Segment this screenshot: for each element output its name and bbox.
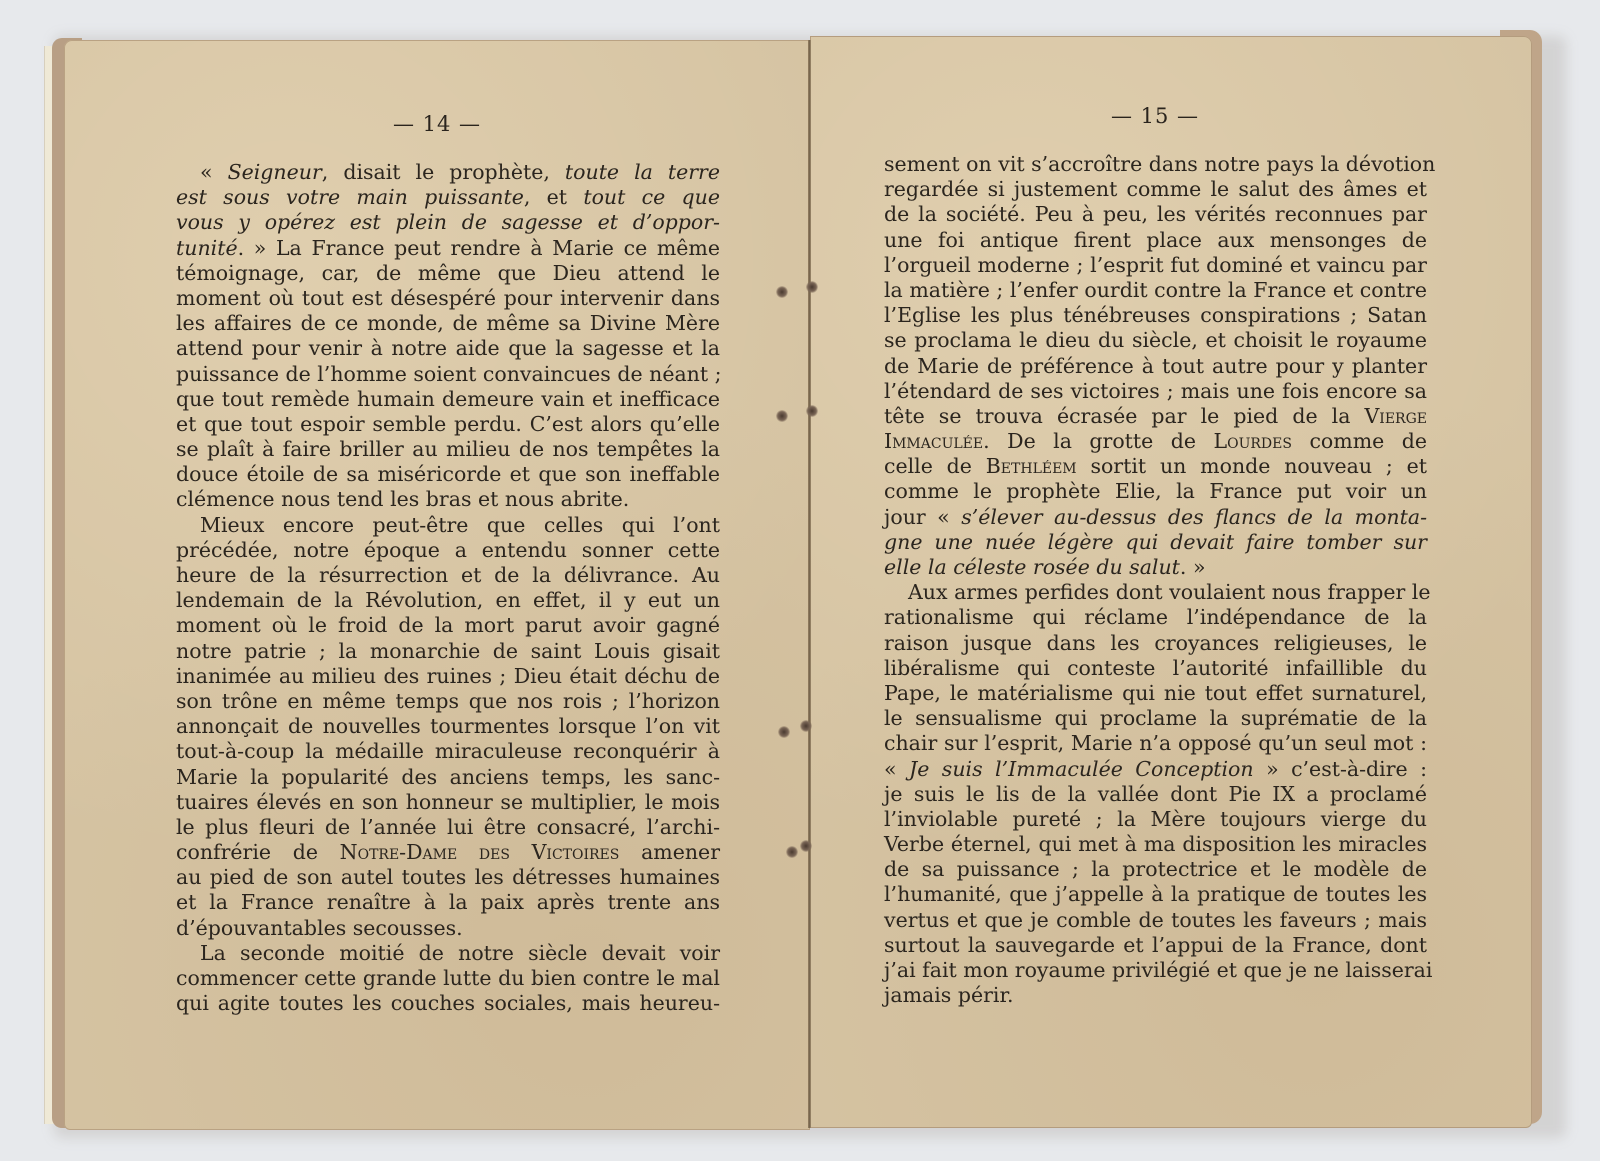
small-caps-text: Bethléem <box>986 454 1077 478</box>
text-line: regardée si justement comme le salut des… <box>884 177 1427 202</box>
text-segment: le plus fleuri de l’année lui être consa… <box>176 815 720 839</box>
text-segment: se plaît à faire briller au milieu de no… <box>176 437 720 461</box>
text-line: Pape, le matérialisme qui nie tout effet… <box>884 681 1427 706</box>
text-segment: les affaires de ce monde, de même sa Div… <box>176 311 720 335</box>
text-segment: comme de <box>1292 429 1427 453</box>
text-segment: l’humanité, que j’appelle à la pratique … <box>884 882 1427 906</box>
text-segment: tuaires élevés en son honneur se multipl… <box>176 790 720 814</box>
binding-hole-stain <box>786 846 798 858</box>
text-segment: puissance de l’homme soient convaincues … <box>176 362 722 386</box>
text-line: douce étoile de sa miséricorde et que so… <box>176 462 720 487</box>
text-segment: celle de <box>884 454 986 478</box>
page-number-right: — 15 — <box>1055 104 1255 128</box>
text-segment: sement on vit s’accroître dans notre pay… <box>884 152 1435 176</box>
text-segment: Mieux encore peut-être que celles qui l’… <box>200 513 720 537</box>
text-line: que tout remède humain demeure vain et i… <box>176 387 720 412</box>
binding-hole-stain <box>776 286 788 298</box>
text-line: une foi antique firent place aux mensong… <box>884 228 1427 253</box>
text-segment: de Marie de préférence à tout autre pour… <box>884 354 1427 378</box>
text-line: et que tout espoir semble perdu. C’est a… <box>176 412 720 437</box>
text-segment: « <box>884 757 909 781</box>
text-segment: précédée, notre époque a entendu sonner … <box>176 538 720 562</box>
text-segment: témoignage, car, de même que Dieu attend… <box>176 261 720 285</box>
text-line: La seconde moitié de notre siècle devait… <box>176 941 720 966</box>
text-segment: raison jusque dans les croyances religie… <box>884 631 1427 655</box>
small-caps-text: Lourdes <box>1214 429 1292 453</box>
text-line: et la France renaître à la paix après tr… <box>176 890 720 915</box>
text-line: est sous votre main puissante, et tout c… <box>176 185 720 210</box>
text-line: puissance de l’homme soient convaincues … <box>176 362 720 387</box>
text-segment: chair sur l’esprit, Marie n’a opposé qu’… <box>884 731 1427 755</box>
text-segment: Marie la popularité des anciens temps, l… <box>176 765 720 789</box>
text-line: comme le prophète Elie, la France put vo… <box>884 479 1427 504</box>
right-page: — 15 — sement on vit s’accroître dans no… <box>810 36 1532 1128</box>
text-line: l’inviolable pureté ; la Mère toujours v… <box>884 807 1427 832</box>
text-line: Mieux encore peut-être que celles qui l’… <box>176 513 720 538</box>
text-segment: Aux armes perfides dont voulaient nous f… <box>908 580 1430 604</box>
text-segment: vertus et que je comble de toutes les fa… <box>884 908 1427 932</box>
text-segment: notre patrie ; la monarchie de saint Lou… <box>176 639 720 663</box>
text-line: rationalisme qui réclame l’indépendance … <box>884 605 1427 630</box>
text-segment: de la société. Peu à peu, les vérités re… <box>884 202 1427 226</box>
text-segment: lendemain de la Révolution, en effet, il… <box>176 588 720 612</box>
binding-hole-stain <box>800 720 812 732</box>
text-segment: au pied de son autel toutes les détresse… <box>176 865 720 889</box>
italic-text: s’élever au-dessus des flancs de la mont… <box>961 505 1427 529</box>
text-segment: . » <box>1180 555 1206 579</box>
text-line: la matière ; l’enfer ourdit contre la Fr… <box>884 278 1427 303</box>
text-line: tête se trouva écrasée par le pied de la… <box>884 404 1427 429</box>
text-segment: qui agite toutes les couches sociales, m… <box>176 991 720 1015</box>
text-segment: inanimée au milieu des ruines ; Dieu éta… <box>176 664 720 688</box>
text-line: se plaît à faire briller au milieu de no… <box>176 437 720 462</box>
text-segment: tête se trouva écrasée par le pied de la <box>884 404 1365 428</box>
text-segment: jour « <box>884 505 961 529</box>
text-line: attend pour venir à notre aide que la sa… <box>176 336 720 361</box>
text-line: l’humanité, que j’appelle à la pratique … <box>884 882 1427 907</box>
text-segment: son trône en même temps que nos rois ; l… <box>176 689 720 713</box>
text-line: vous y opérez est plein de sagesse et d’… <box>176 210 720 235</box>
text-segment: » c’est-à-dire : <box>1254 757 1427 781</box>
text-line: j’ai fait mon royaume privilégié et que … <box>884 958 1427 983</box>
text-segment: moment où le froid de la mort parut avoi… <box>176 613 720 637</box>
text-segment: et que tout espoir semble perdu. C’est a… <box>176 412 720 436</box>
text-line: moment où tout est désespéré pour interv… <box>176 286 720 311</box>
binding-hole-stain <box>806 405 818 417</box>
text-line: Immaculée. De la grotte de Lourdes comme… <box>884 429 1427 454</box>
text-line: l’Eglise les plus ténébreuses conspirati… <box>884 303 1427 328</box>
text-line: raison jusque dans les croyances religie… <box>884 631 1427 656</box>
text-segment: . De la grotte de <box>983 429 1213 453</box>
text-line: confrérie de Notre-Dame des Victoires am… <box>176 840 720 865</box>
text-line: gne une nuée légère qui devait faire tom… <box>884 530 1427 555</box>
text-segment: « <box>200 160 228 184</box>
text-line: d’épouvantables secousses. <box>176 916 720 941</box>
text-line: tuaires élevés en son honneur se multipl… <box>176 790 720 815</box>
text-segment: moment où tout est désespéré pour interv… <box>176 286 720 310</box>
text-line: au pied de son autel toutes les détresse… <box>176 865 720 890</box>
text-segment: sortit un monde nouveau ; et <box>1077 454 1427 478</box>
binding-hole-stain <box>778 726 790 738</box>
text-segment: l’inviolable pureté ; la Mère toujours v… <box>884 807 1427 831</box>
text-line: Aux armes perfides dont voulaient nous f… <box>884 580 1427 605</box>
binding-hole-stain <box>776 410 788 422</box>
text-line: de Marie de préférence à tout autre pour… <box>884 354 1427 379</box>
text-line: « Je suis l’Immaculée Conception » c’est… <box>884 757 1427 782</box>
text-segment: attend pour venir à notre aide que la sa… <box>176 336 720 360</box>
small-caps-text: Notre-Dame des Victoires <box>340 840 620 864</box>
text-line: l’orgueil moderne ; l’esprit fut dominé … <box>884 253 1427 278</box>
text-segment: annonçait de nouvelles tourmentes lorsqu… <box>176 714 720 738</box>
text-line: tunité. » La France peut rendre à Marie … <box>176 236 720 261</box>
text-line: clémence nous tend les bras et nous abri… <box>176 487 720 512</box>
text-segment: tout-à-coup la médaille miraculeuse reco… <box>176 739 720 763</box>
text-line: « Seigneur, disait le prophète, toute la… <box>176 160 720 185</box>
italic-text: vous y opérez est plein de sagesse et d’… <box>176 210 720 234</box>
text-segment: la matière ; l’enfer ourdit contre la Fr… <box>884 278 1427 302</box>
text-line: sement on vit s’accroître dans notre pay… <box>884 152 1427 177</box>
text-segment: et la France renaître à la paix après tr… <box>176 890 720 914</box>
text-line: heure de la résurrection et de la délivr… <box>176 563 720 588</box>
small-caps-text: Vierge <box>1365 404 1428 428</box>
text-segment: heure de la résurrection et de la délivr… <box>176 563 720 587</box>
text-line: se proclama le dieu du siècle, et choisi… <box>884 328 1427 353</box>
binding-hole-stain <box>800 840 812 852</box>
text-segment: confrérie de <box>176 840 340 864</box>
text-segment: d’épouvantables secousses. <box>176 916 463 940</box>
text-line: elle la céleste rosée du salut. » <box>884 555 1427 580</box>
right-page-body-text: sement on vit s’accroître dans notre pay… <box>884 152 1427 1008</box>
text-segment: libéralisme qui conteste l’autorité infa… <box>884 656 1427 680</box>
text-segment: j’ai fait mon royaume privilégié et que … <box>884 958 1432 982</box>
left-page-body-text: « Seigneur, disait le prophète, toute la… <box>176 160 720 1016</box>
text-line: moment où le froid de la mort parut avoi… <box>176 613 720 638</box>
text-segment: La seconde moitié de notre siècle devait… <box>200 941 720 965</box>
text-line: celle de Bethléem sortit un monde nouvea… <box>884 454 1427 479</box>
small-caps-text: Immaculée <box>884 429 983 453</box>
text-segment: douce étoile de sa miséricorde et que so… <box>176 462 720 486</box>
text-line: précédée, notre époque a entendu sonner … <box>176 538 720 563</box>
text-line: inanimée au milieu des ruines ; Dieu éta… <box>176 664 720 689</box>
text-segment: clémence nous tend les bras et nous abri… <box>176 487 629 511</box>
italic-text: elle la céleste rosée du salut <box>884 555 1180 579</box>
text-segment: jamais périr. <box>884 983 1014 1007</box>
text-segment: commencer cette grande lutte du bien con… <box>176 966 720 990</box>
text-segment: je suis le lis de la vallée dont Pie IX … <box>884 782 1427 806</box>
text-segment: Verbe éternel, qui met à ma disposition … <box>884 832 1427 856</box>
text-line: son trône en même temps que nos rois ; l… <box>176 689 720 714</box>
text-line: de la société. Peu à peu, les vérités re… <box>884 202 1427 227</box>
italic-text: Je suis l’Immaculée Conception <box>909 757 1254 781</box>
text-segment: l’étendard de ses victoires ; mais une f… <box>884 379 1427 403</box>
text-line: le plus fleuri de l’année lui être consa… <box>176 815 720 840</box>
text-segment: , disait le prophète, <box>322 160 565 184</box>
text-line: notre patrie ; la monarchie de saint Lou… <box>176 639 720 664</box>
binding-hole-stain <box>806 281 818 293</box>
text-segment: l’Eglise les plus ténébreuses conspirati… <box>884 303 1427 327</box>
text-line: lendemain de la Révolution, en effet, il… <box>176 588 720 613</box>
text-line: qui agite toutes les couches sociales, m… <box>176 991 720 1016</box>
italic-text: tunité <box>176 236 238 260</box>
text-segment: de sa puissance ; la protectrice et le m… <box>884 857 1427 881</box>
italic-text: est sous votre main puissante <box>176 185 524 209</box>
italic-text: gne une nuée légère qui devait faire tom… <box>884 530 1427 554</box>
text-segment: se proclama le dieu du siècle, et choisi… <box>884 328 1427 352</box>
text-segment: . » La France peut rendre à Marie ce mêm… <box>238 236 720 260</box>
text-segment: comme le prophète Elie, la France put vo… <box>884 479 1427 503</box>
text-line: vertus et que je comble de toutes les fa… <box>884 908 1427 933</box>
italic-text: Seigneur <box>228 160 322 184</box>
text-line: Marie la popularité des anciens temps, l… <box>176 765 720 790</box>
text-segment: Pape, le matérialisme qui nie tout effet… <box>884 681 1427 705</box>
text-line: je suis le lis de la vallée dont Pie IX … <box>884 782 1427 807</box>
text-segment: surtout la sauvegarde et l’appui de la F… <box>884 933 1427 957</box>
text-line: jamais périr. <box>884 983 1427 1008</box>
text-line: surtout la sauvegarde et l’appui de la F… <box>884 933 1427 958</box>
text-segment: que tout remède humain demeure vain et i… <box>176 387 720 411</box>
text-line: libéralisme qui conteste l’autorité infa… <box>884 656 1427 681</box>
text-line: commencer cette grande lutte du bien con… <box>176 966 720 991</box>
text-line: le sensualisme qui proclame la suprémati… <box>884 706 1427 731</box>
text-line: de sa puissance ; la protectrice et le m… <box>884 857 1427 882</box>
text-line: jour « s’élever au-dessus des flancs de … <box>884 505 1427 530</box>
italic-text: toute la terre <box>565 160 720 184</box>
text-segment: une foi antique firent place aux mensong… <box>884 228 1427 252</box>
text-line: l’étendard de ses victoires ; mais une f… <box>884 379 1427 404</box>
book-gutter <box>808 40 811 1128</box>
text-line: témoignage, car, de même que Dieu attend… <box>176 261 720 286</box>
italic-text: tout ce que <box>583 185 720 209</box>
left-page: — 14 — « Seigneur, disait le prophète, t… <box>64 40 810 1130</box>
page-number-left: — 14 — <box>337 112 537 136</box>
text-line: annonçait de nouvelles tourmentes lorsqu… <box>176 714 720 739</box>
text-line: chair sur l’esprit, Marie n’a opposé qu’… <box>884 731 1427 756</box>
text-segment: le sensualisme qui proclame la suprémati… <box>884 706 1427 730</box>
text-line: tout-à-coup la médaille miraculeuse reco… <box>176 739 720 764</box>
text-segment: , et <box>524 185 583 209</box>
text-line: les affaires de ce monde, de même sa Div… <box>176 311 720 336</box>
text-segment: regardée si justement comme le salut des… <box>884 177 1427 201</box>
text-line: Verbe éternel, qui met à ma disposition … <box>884 832 1427 857</box>
text-segment: rationalisme qui réclame l’indépendance … <box>884 605 1427 629</box>
text-segment: l’orgueil moderne ; l’esprit fut dominé … <box>884 253 1427 277</box>
text-segment: amener <box>619 840 720 864</box>
